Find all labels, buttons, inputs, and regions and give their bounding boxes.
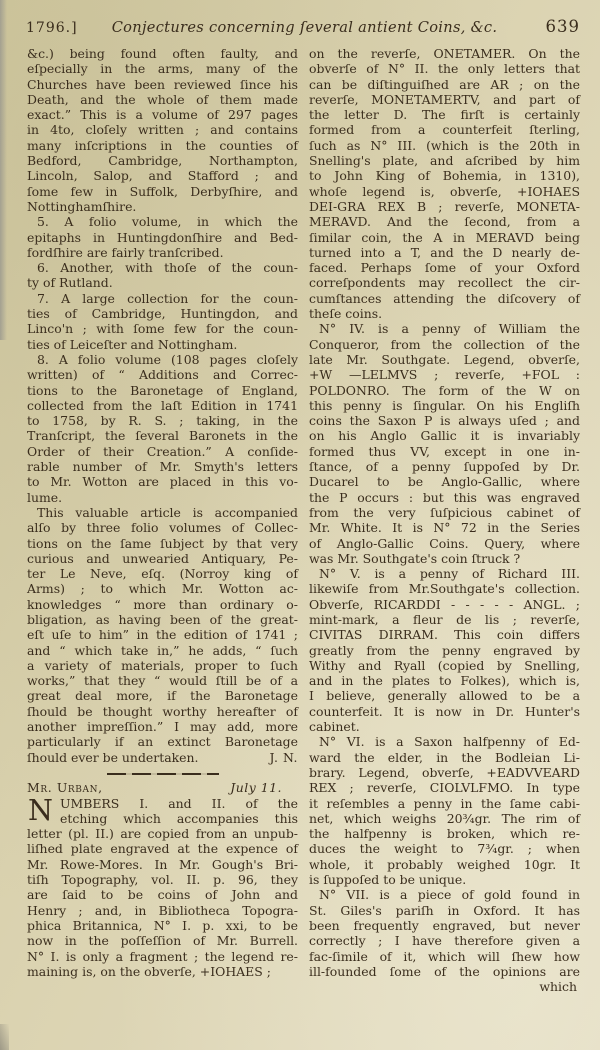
text-line: great deal more, if the Baronetage <box>27 688 298 703</box>
text-line: Obverſe, RICARDDI - - - - - ANGL. ; <box>309 597 580 612</box>
text-line: N° IV. is a penny of William the <box>309 321 580 336</box>
text-line: ties of Leiceſter and Nottingham. <box>27 337 298 352</box>
text-line: likewiſe from Mr.Southgate's collection. <box>309 581 580 596</box>
running-header: 1796.] Conjectures concerning ſeveral an… <box>0 0 600 36</box>
text-line: fordſhire are fairly tranſcribed. <box>27 245 298 260</box>
text-line: brary. Legend, obverſe, +EADVVEARD <box>309 765 580 780</box>
text-line: etching which accompanies this <box>27 811 298 826</box>
text-line: ſuch as N° III. (which is the 20th in <box>309 138 580 153</box>
text-line: the halfpenny is broken, which re- <box>309 826 580 841</box>
text-line: late Mr. Southgate. Legend, obverſe, <box>309 352 580 367</box>
text-line: was Mr. Southgate's coin ſtruck ? <box>309 551 580 566</box>
text-line: obverſe of N° II. the only letters that <box>309 61 580 76</box>
left-column: &c.) being found often faulty, andeſpeci… <box>27 46 298 994</box>
text-line: maining is, on the obverſe, +IOHAES ; <box>27 964 298 979</box>
right-column: on the reverſe, ONETAMER. On theobverſe … <box>309 46 580 994</box>
text-line: correctly ; I have therefore given a <box>309 933 580 948</box>
text-line: ſimilar coin, the A in MERAVD being <box>309 230 580 245</box>
text-line: NUMBERS I. and II. of the <box>27 796 298 811</box>
text-line: Death, and the whole of them made <box>27 92 298 107</box>
page-number: 639 <box>546 17 581 36</box>
text-line: Order of their Creation.” A conſide- <box>27 444 298 459</box>
text-line: N° I. is only a fragment ; the legend re… <box>27 949 298 964</box>
text-line: I believe, generally allowed to be a <box>309 688 580 703</box>
text-line: alſo by three folio volumes of Collec- <box>27 520 298 535</box>
text-line: Withy and Ryall (copied by Snelling, <box>309 658 580 673</box>
text-line: 8. A folio volume (108 pages cloſely <box>27 352 298 367</box>
text-line: this penny is ſingular. On his Engliſh <box>309 398 580 413</box>
text-line: Arms) ; to which Mr. Wotton ac- <box>27 581 298 596</box>
text-line: Ducarel to be Anglo-Gallic, where <box>309 474 580 489</box>
text-line: Bedford, Cambridge, Northampton, <box>27 153 298 168</box>
text-line: to Mr. Wotton are placed in this vo- <box>27 474 298 489</box>
text-line: ties of Cambridge, Huntingdon, and <box>27 306 298 321</box>
text-line: and in the plates to Folkes), which is, <box>309 673 580 688</box>
text-line: letter (pl. II.) are copied from an unpu… <box>27 826 298 841</box>
scanned-page: 1796.] Conjectures concerning ſeveral an… <box>0 0 600 1050</box>
text-line: written) of “ Additions and Correc- <box>27 367 298 382</box>
text-line: knowledges “ more than ordinary o- <box>27 597 298 612</box>
text-line: Lincoln, Salop, and Stafford ; and <box>27 168 298 183</box>
text-line: Snelling's plate, and aſcribed by him <box>309 153 580 168</box>
text-line: works,” that they “ would ſtill be of a <box>27 673 298 688</box>
text-line: now in the poſſeſſion of Mr. Burrell. <box>27 933 298 948</box>
text-line: to John King of Bohemia, in 1310), <box>309 168 580 183</box>
text-line: coins the Saxon P is always uſed ; and <box>309 413 580 428</box>
text-line: ill-founded ſome of the opinions are <box>309 964 580 979</box>
text-line: ſtance, of a penny ſuppoſed by Dr. <box>309 459 580 474</box>
text-line: ter Le Neve, eſq. (Norroy king of <box>27 566 298 581</box>
text-line: N° VII. is a piece of gold found in <box>309 887 580 902</box>
text-line: epitaphs in Huntingdonſhire and Bed- <box>27 230 298 245</box>
text-line: the P occurs : but this was engraved <box>309 490 580 505</box>
text-line: counterfeit. It is now in Dr. Hunter's <box>309 704 580 719</box>
text-line: and “ which take in,” he adds, “ ſuch <box>27 643 298 658</box>
text-line: mint-mark, a fleur de lis ; reverſe, <box>309 612 580 627</box>
text-line: net, which weighs 20¾gr. The rim of <box>309 811 580 826</box>
text-line: bligation, as having been of the great- <box>27 612 298 627</box>
text-line: formed from a counterfeit ſterling, <box>309 122 580 137</box>
text-line: whoſe legend is, obverſe, +IOHAES <box>309 184 580 199</box>
text-line: on the reverſe, ONETAMER. On the <box>309 46 580 61</box>
text-line: DEI-GRA REX B ; reverſe, MONETA- <box>309 199 580 214</box>
drop-cap: N <box>28 797 53 826</box>
text-line: turned into a T, and the D nearly de- <box>309 245 580 260</box>
text-line: N° V. is a penny of Richard III. <box>309 566 580 581</box>
text-line: CIVITAS DIRRAM. This coin differs <box>309 627 580 642</box>
text-line: Tranſcript, the ſeveral Baronets in the <box>27 428 298 443</box>
text-line: rable number of Mr. Smyth's letters <box>27 459 298 474</box>
text-columns: &c.) being found often faulty, andeſpeci… <box>0 36 600 994</box>
text-line: many inſcriptions in the counties of <box>27 138 298 153</box>
year-label: 1796.] <box>26 20 78 36</box>
text-line: phica Britannica, N° I. p. xxi, to be <box>27 918 298 933</box>
text-line: reverſe, MONETAMERTV, and part of <box>309 92 580 107</box>
text-line: is ſuppoſed to be unique. <box>309 872 580 887</box>
text-line: ty of Rutland. <box>27 275 298 290</box>
text-line: on his Anglo Gallic it is invariably <box>309 428 580 443</box>
text-line: &c.) being found often faulty, and <box>27 46 298 61</box>
text-line: tions to the Baronetage of England, <box>27 383 298 398</box>
text-line: Henry ; and, in Bibliotheca Topogra- <box>27 903 298 918</box>
text-line: ſhould be thought worthy hereafter of <box>27 704 298 719</box>
text-line: ſome few in Suffolk, Derbyſhire, and <box>27 184 298 199</box>
text-line: eſt uſe to him” in the edition of 1741 ; <box>27 627 298 642</box>
text-line: faced. Perhaps ſome of your Oxford <box>309 260 580 275</box>
text-line: lume. <box>27 490 298 505</box>
text-line: can be diſtinguiſhed are AR ; on the <box>309 77 580 92</box>
text-line: curious and unwearied Antiquary, Pe- <box>27 551 298 566</box>
text-line: 6. Another, with thoſe of the coun- <box>27 260 298 275</box>
text-line: to 1758, by R. S. ; taking, in the <box>27 413 298 428</box>
text-line: formed thus VV, except in one in- <box>309 444 580 459</box>
text-line: are ſaid to be coins of John and <box>27 887 298 902</box>
text-line: POLDONRO. The form of the W on <box>309 383 580 398</box>
text-line: Mr. White. It is N° 72 in the Series <box>309 520 580 535</box>
text-line: Linco'n ; with ſome few for the coun- <box>27 321 298 336</box>
text-line: from the very ſuſpicious cabinet of <box>309 505 580 520</box>
text-line: Churches have been reviewed ſince his <box>27 77 298 92</box>
text-line: +W —LELMVS ; reverſe, +FOL : <box>309 367 580 382</box>
text-line: 7. A large collection for the coun- <box>27 291 298 306</box>
scan-edge-artifact <box>0 0 7 340</box>
text-line: of Anglo-Gallic Coins. Query, where <box>309 536 580 551</box>
text-line: St. Giles's pariſh in Oxford. It has <box>309 903 580 918</box>
text-line: 5. A folio volume, in which the <box>27 214 298 229</box>
text-line: collected from the laſt Edition in 1741 <box>27 398 298 413</box>
text-line: whole, it probably weighed 10gr. It <box>309 857 580 872</box>
text-line: fac-ſimile of it, which will ſhew how <box>309 949 580 964</box>
text-line: a variety of materials, proper to ſuch <box>27 658 298 673</box>
text-line: cabinet. <box>309 719 580 734</box>
text-line: another impreſſion.” I may add, more <box>27 719 298 734</box>
salutation-line: Mr. Urban,July 11. <box>27 780 298 795</box>
text-line: eſpecially in the arms, many of the <box>27 61 298 76</box>
text-line: the letter D. The firſt is certainly <box>309 107 580 122</box>
text-line: been frequently engraved, but never <box>309 918 580 933</box>
section-divider <box>27 765 298 780</box>
text-line: Conqueror, from the collection of the <box>309 337 580 352</box>
text-line: N° VI. is a Saxon halfpenny of Ed- <box>309 734 580 749</box>
text-line: cumſtances attending the diſcovery of <box>309 291 580 306</box>
text-line: in 4to, cloſely written ; and contains <box>27 122 298 137</box>
text-line: liſhed plate engraved at the expence of <box>27 841 298 856</box>
page-title: Conjectures concerning ſeveral antient C… <box>78 19 546 36</box>
catchword: which <box>309 979 580 994</box>
text-line: it reſembles a penny in the ſame cabi- <box>309 796 580 811</box>
text-line: correſpondents may recollect the cir- <box>309 275 580 290</box>
text-line: greatly from the penny engraved by <box>309 643 580 658</box>
text-line: tions on the ſame ſubject by that very <box>27 536 298 551</box>
text-line: tiſh Topography, vol. II. p. 96, they <box>27 872 298 887</box>
text-line: ward the elder, in the Bodleian Li- <box>309 750 580 765</box>
text-line: MERAVD. And the ſecond, from a <box>309 214 580 229</box>
text-line: particularly if an extinct Baronetage <box>27 734 298 749</box>
text-line: theſe coins. <box>309 306 580 321</box>
signature-line: ſhould ever be undertaken.J. N. <box>27 750 298 765</box>
text-line: REX ; reverſe, CIOLVLFMO. In type <box>309 780 580 795</box>
text-line: Nottinghamſhire. <box>27 199 298 214</box>
scan-corner-artifact <box>0 1024 9 1050</box>
text-line: Mr. Rowe-Mores. In Mr. Gough's Bri- <box>27 857 298 872</box>
text-line: duces the weight to 7¾gr. ; when <box>309 841 580 856</box>
text-line: This valuable article is accompanied <box>27 505 298 520</box>
text-line: exact.” This is a volume of 297 pages <box>27 107 298 122</box>
